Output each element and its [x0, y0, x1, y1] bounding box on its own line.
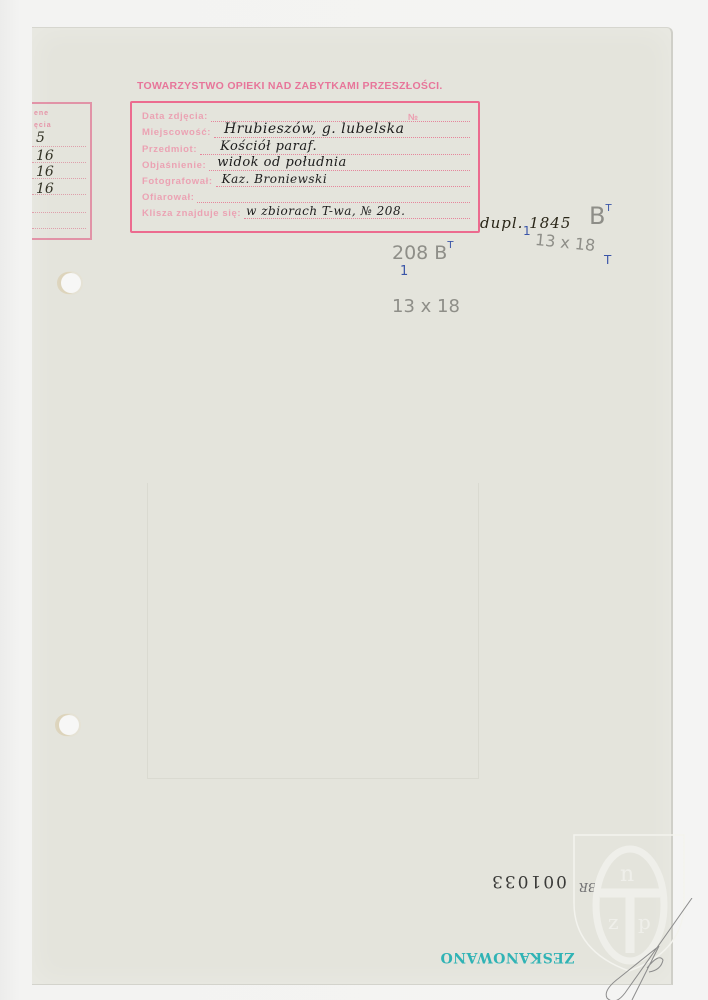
- left-stamp-handwriting: 5: [36, 130, 45, 146]
- stamp-field-location: Hrubieszów, g. lubelska: [214, 127, 470, 138]
- blue-mark-t: T: [604, 253, 611, 267]
- blue-mark-2: 1: [400, 264, 408, 279]
- stamp-row-negative-location: Klisza znajduje się: w zbiorach T-wa, № …: [142, 205, 470, 219]
- handwritten-subject: Kościół paraf.: [220, 139, 317, 154]
- stamp-label: Klisza znajduje się:: [142, 208, 241, 219]
- pencil-size-right: 13 x 18: [534, 230, 596, 255]
- number-sign: №: [408, 112, 418, 122]
- left-stamp-handwriting: 16: [36, 164, 54, 180]
- pencil-bt-right: BT: [589, 202, 612, 230]
- stamp-field-photographer: Kaz. Broniewski: [216, 176, 470, 187]
- left-stamp-handwriting: 16: [36, 148, 54, 164]
- left-stamp-label: ęcia: [34, 122, 52, 129]
- stamp-row-donor: Ofiarował:: [142, 189, 470, 203]
- stamp-title: TOWARZYSTWO OPIEKI NAD ZABYTKAMI PRZESZŁ…: [137, 80, 487, 92]
- left-stamp-line: [32, 228, 86, 229]
- handwritten-photographer: Kaz. Broniewski: [222, 172, 328, 186]
- signature-icon: [597, 898, 707, 1000]
- faint-photo-outline: [147, 483, 479, 779]
- stamp-row-subject: Przedmiot: Kościół paraf.: [142, 141, 470, 155]
- stamp-field-donor: [197, 192, 470, 203]
- left-stamp-line: [32, 212, 86, 213]
- punch-hole-bottom: [59, 715, 79, 735]
- stamp-row-description: Objaśnienie: widok od południa: [142, 157, 470, 171]
- left-stamp-handwriting: 16: [36, 181, 54, 197]
- stamp-label: Miejscowość:: [142, 127, 211, 138]
- pencil-208-bt: 208 BT: [392, 242, 453, 264]
- handwritten-negative-location: w zbiorach T-wa, № 208.: [246, 204, 405, 218]
- blue-mark-1: 1: [523, 224, 531, 238]
- stamp-label: Ofiarował:: [142, 192, 194, 203]
- left-stamp-label: ene: [34, 110, 49, 117]
- scanned-stamp: ZESKANOWANO: [440, 949, 575, 965]
- handwritten-location: Hrubieszów, g. lubelska: [224, 121, 404, 137]
- stamp-label: Data zdjęcia:: [142, 111, 208, 122]
- left-stamp-line: [32, 146, 86, 147]
- stamp-label: Przedmiot:: [142, 144, 197, 155]
- stamp-field-subject: Kościół paraf.: [200, 144, 470, 155]
- document-sheet: ene ęcia 5 16 16 16 TOWARZYSTWO OPIEKI N…: [32, 27, 673, 985]
- stamp-row-photographer: Fotografował: Kaz. Broniewski: [142, 173, 470, 187]
- stamp-row-location: Miejscowość: Hrubieszów, g. lubelska: [142, 124, 470, 138]
- inventory-number: 001033: [490, 871, 567, 891]
- stamp-label: Fotografował:: [142, 176, 213, 187]
- handwritten-description: widok od południa: [217, 155, 347, 170]
- pencil-size-left: 13 x 18: [392, 296, 460, 317]
- stamp-field-description: widok od południa: [209, 160, 470, 171]
- stamp-row-date: Data zdjęcia: №: [142, 108, 470, 122]
- stamp-label: Objaśnienie:: [142, 160, 206, 171]
- stamp-field-negative-location: w zbiorach T-wa, № 208.: [244, 208, 470, 219]
- svg-text:n: n: [620, 862, 634, 887]
- society-stamp: Data zdjęcia: № Miejscowość: Hrubieszów,…: [130, 101, 480, 233]
- left-partial-stamp: ene ęcia 5 16 16 16: [32, 102, 92, 240]
- punch-hole-top: [61, 273, 81, 293]
